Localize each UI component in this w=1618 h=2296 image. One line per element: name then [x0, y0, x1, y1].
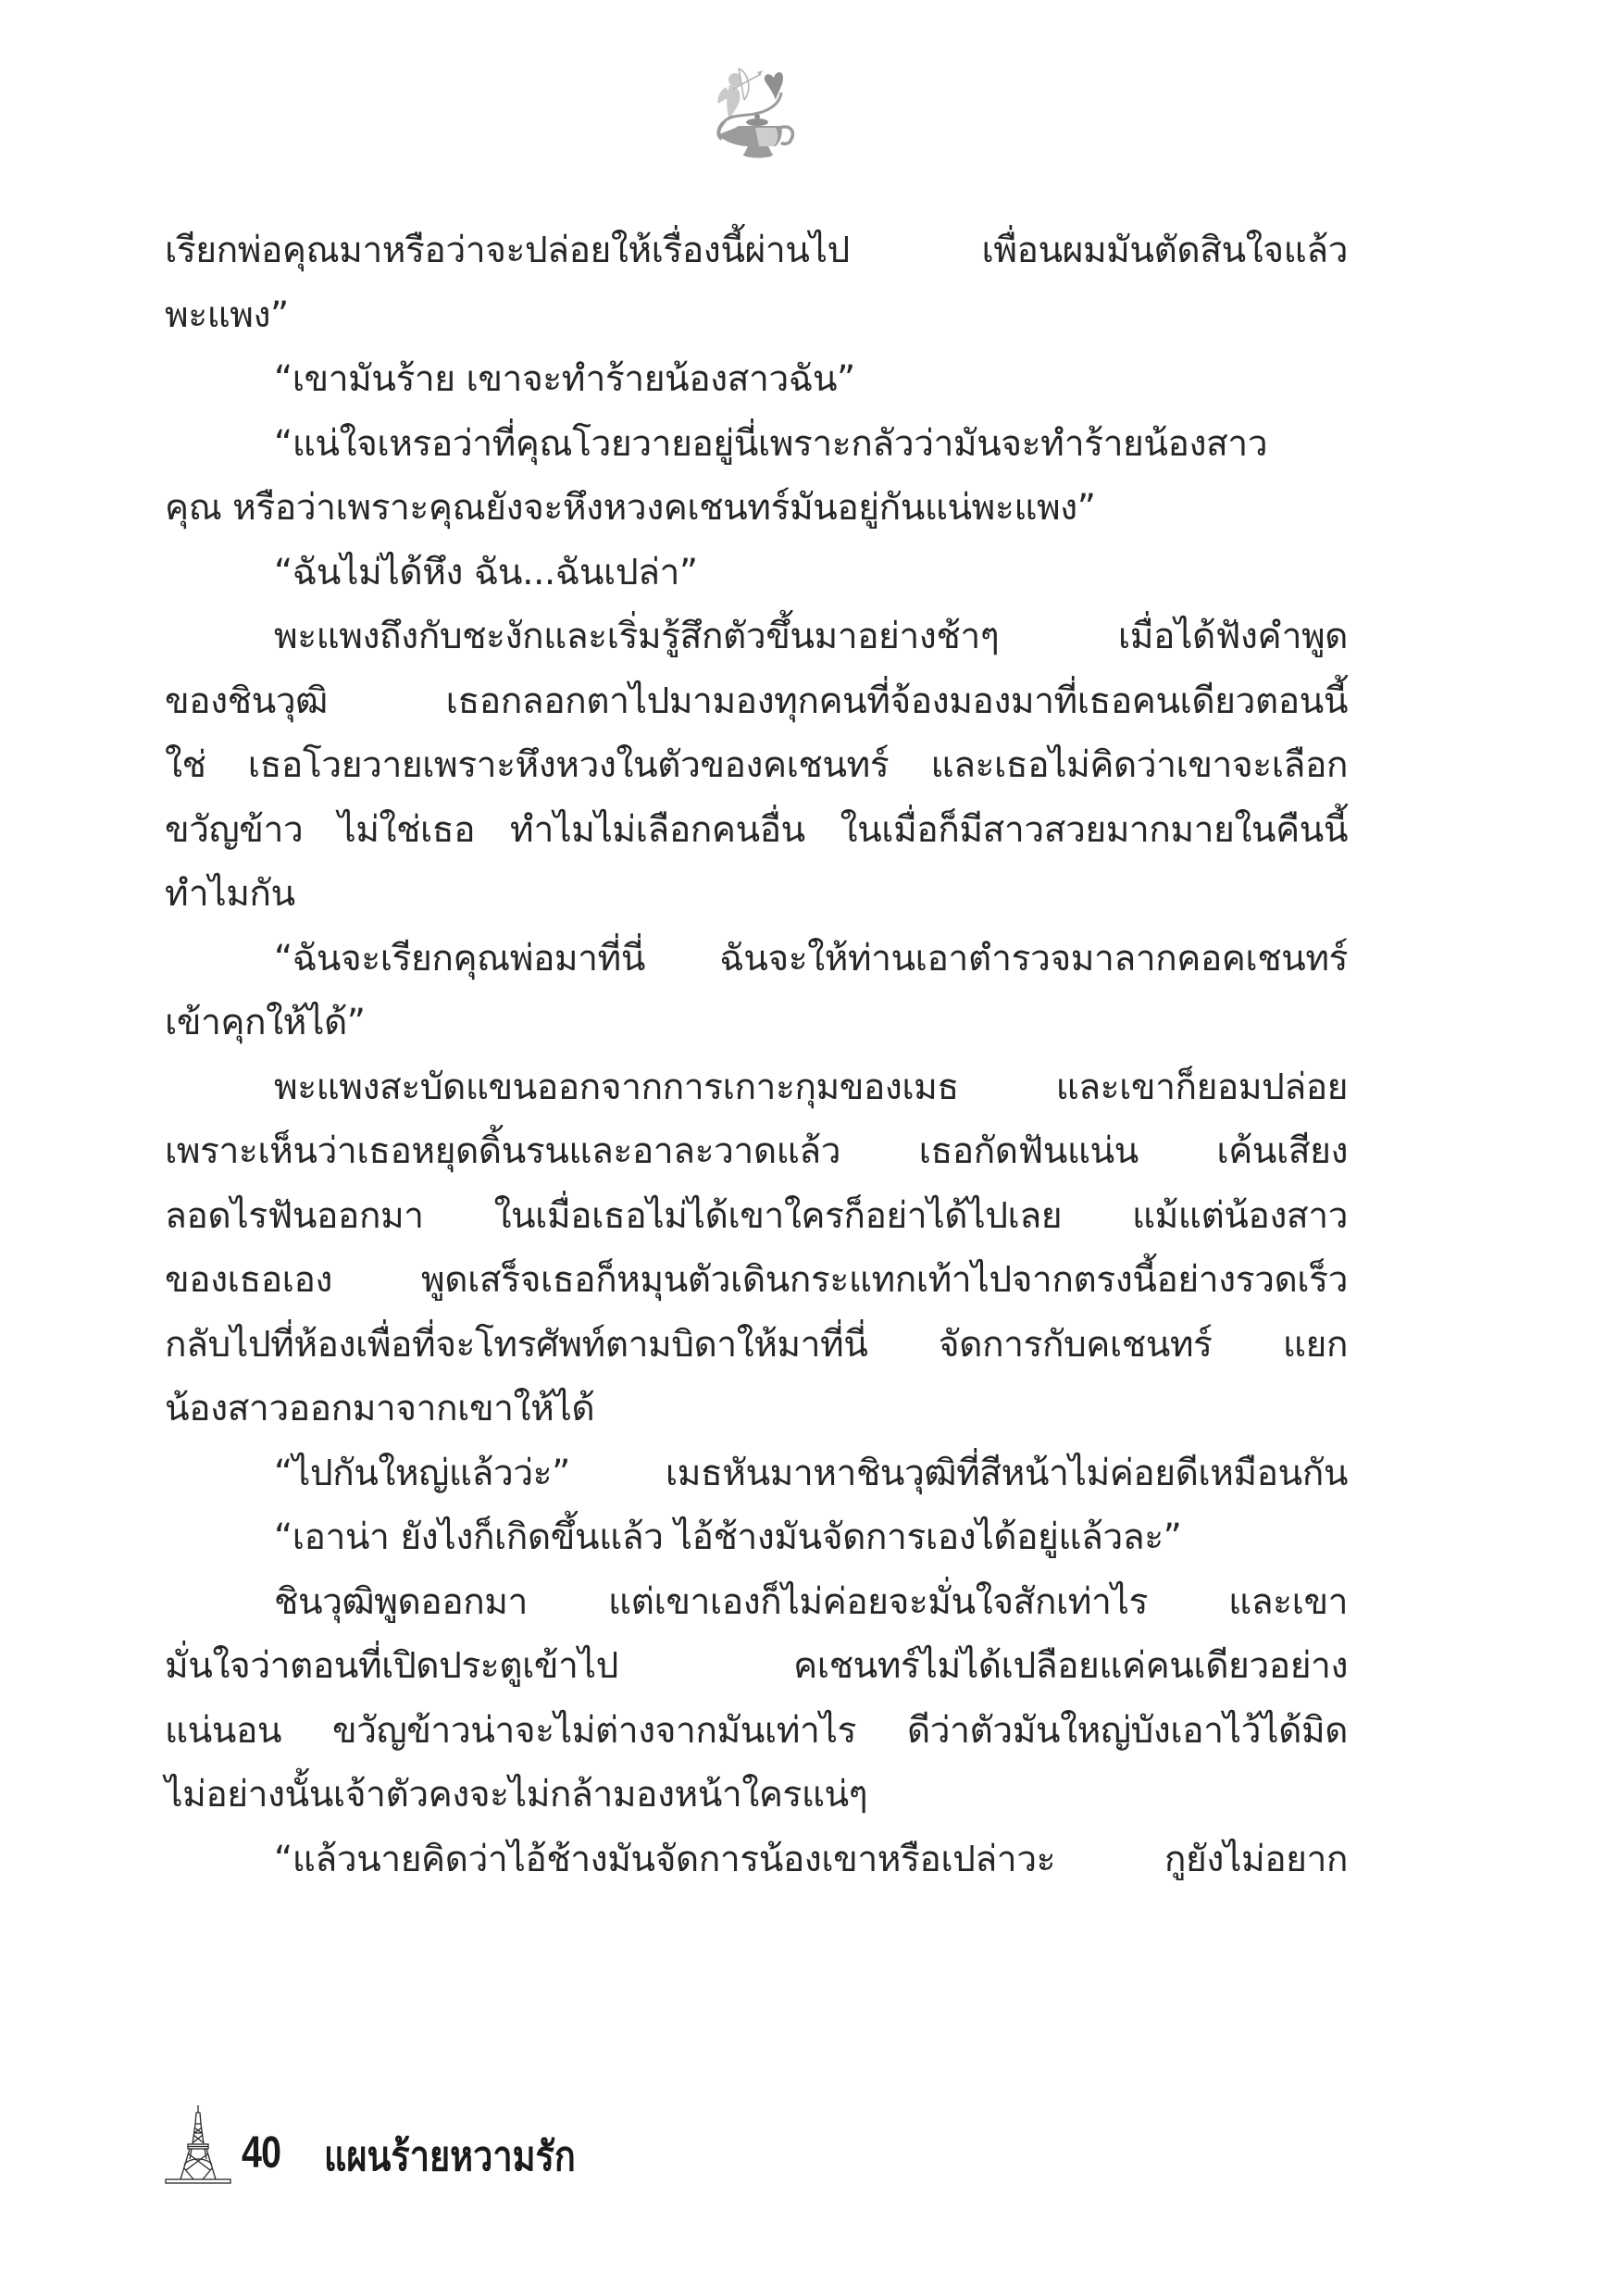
text-line: กลับไปที่ห้องเพื่อที่จะโทรศัพท์ตามบิดาให… [165, 1313, 1348, 1378]
text-line: ชินวุฒิพูดออกมา แต่เขาเองก็ไม่ค่อยจะมั่น… [165, 1570, 1348, 1635]
text-line: เรียกพ่อคุณมาหรือว่าจะปล่อยให้เรื่องนี้ผ… [165, 218, 1348, 283]
text-line: พะแพงสะบัดแขนออกจากการเกาะกุมของเมธ และเ… [165, 1055, 1348, 1120]
text-line: แน่นอน ขวัญข้าวน่าจะไม่ต่างจากมันเท่าไร … [165, 1699, 1348, 1764]
text-line: ใช่ เธอโวยวายเพราะหึงหวงในตัวของคเชนทร์ … [165, 733, 1348, 798]
text-line: คุณ หรือว่าเพราะคุณยังจะหึงหวงคเชนทร์มัน… [165, 476, 1348, 541]
body-text: เรียกพ่อคุณมาหรือว่าจะปล่อยให้เรื่องนี้ผ… [165, 218, 1348, 1891]
text-line: ของชินวุฒิ เธอกลอกตาไปมามองทุกคนที่จ้องม… [165, 669, 1348, 734]
text-line: เพราะเห็นว่าเธอหยุดดิ้นรนและอาละวาดแล้ว … [165, 1119, 1348, 1184]
text-line: มั่นใจว่าตอนที่เปิดประตูเข้าไป คเชนทร์ไม… [165, 1634, 1348, 1699]
eiffel-tower-icon [162, 2103, 234, 2189]
text-line: “แน่ใจเหรอว่าที่คุณโวยวายอยู่นี่เพราะกลั… [165, 412, 1348, 477]
text-line: “เอาน่า ยังไงก็เกิดขึ้นแล้ว ไอ้ช้างมันจั… [165, 1505, 1348, 1570]
text-line: “แล้วนายคิดว่าไอ้ช้างมันจัดการน้องเขาหรื… [165, 1828, 1348, 1892]
text-line: “เขามันร้าย เขาจะทำร้ายน้องสาวฉัน” [165, 347, 1348, 412]
text-line: “ฉันจะเรียกคุณพ่อมาที่นี่ ฉันจะให้ท่านเอ… [165, 927, 1348, 992]
book-page: เรียกพ่อคุณมาหรือว่าจะปล่อยให้เรื่องนี้ผ… [0, 0, 1618, 2296]
text-line: ขวัญข้าว ไม่ใช่เธอ ทำไมไม่เลือกคนอื่น ใน… [165, 798, 1348, 863]
genie-lamp-cupid-icon [702, 57, 805, 168]
text-line: ทำไมกัน [165, 862, 1348, 927]
text-line: เข้าคุกให้ได้” [165, 991, 1348, 1055]
text-line: “ฉันไม่ได้หึง ฉัน...ฉันเปล่า” [165, 541, 1348, 605]
text-line: ลอดไรฟันออกมา ในเมื่อเธอไม่ได้เขาใครก็อย… [165, 1184, 1348, 1249]
text-line: “ไปกันใหญ่แล้วว่ะ” เมธหันมาหาชินวุฒิที่ส… [165, 1441, 1348, 1506]
text-line: พะแพงถึงกับชะงักและเริ่มรู้สึกตัวขึ้นมาอ… [165, 605, 1348, 669]
text-line: พะแพง” [165, 283, 1348, 348]
page-number: 40 [242, 2128, 280, 2178]
text-line: ไม่อย่างนั้นเจ้าตัวคงจะไม่กล้ามองหน้าใคร… [165, 1763, 1348, 1828]
text-line: ของเธอเอง พูดเสร็จเธอก็หมุนตัวเดินกระแทก… [165, 1248, 1348, 1313]
book-title: แผนร้ายหวามรัก [324, 2124, 576, 2189]
text-line: น้องสาวออกมาจากเขาให้ได้ [165, 1377, 1348, 1441]
